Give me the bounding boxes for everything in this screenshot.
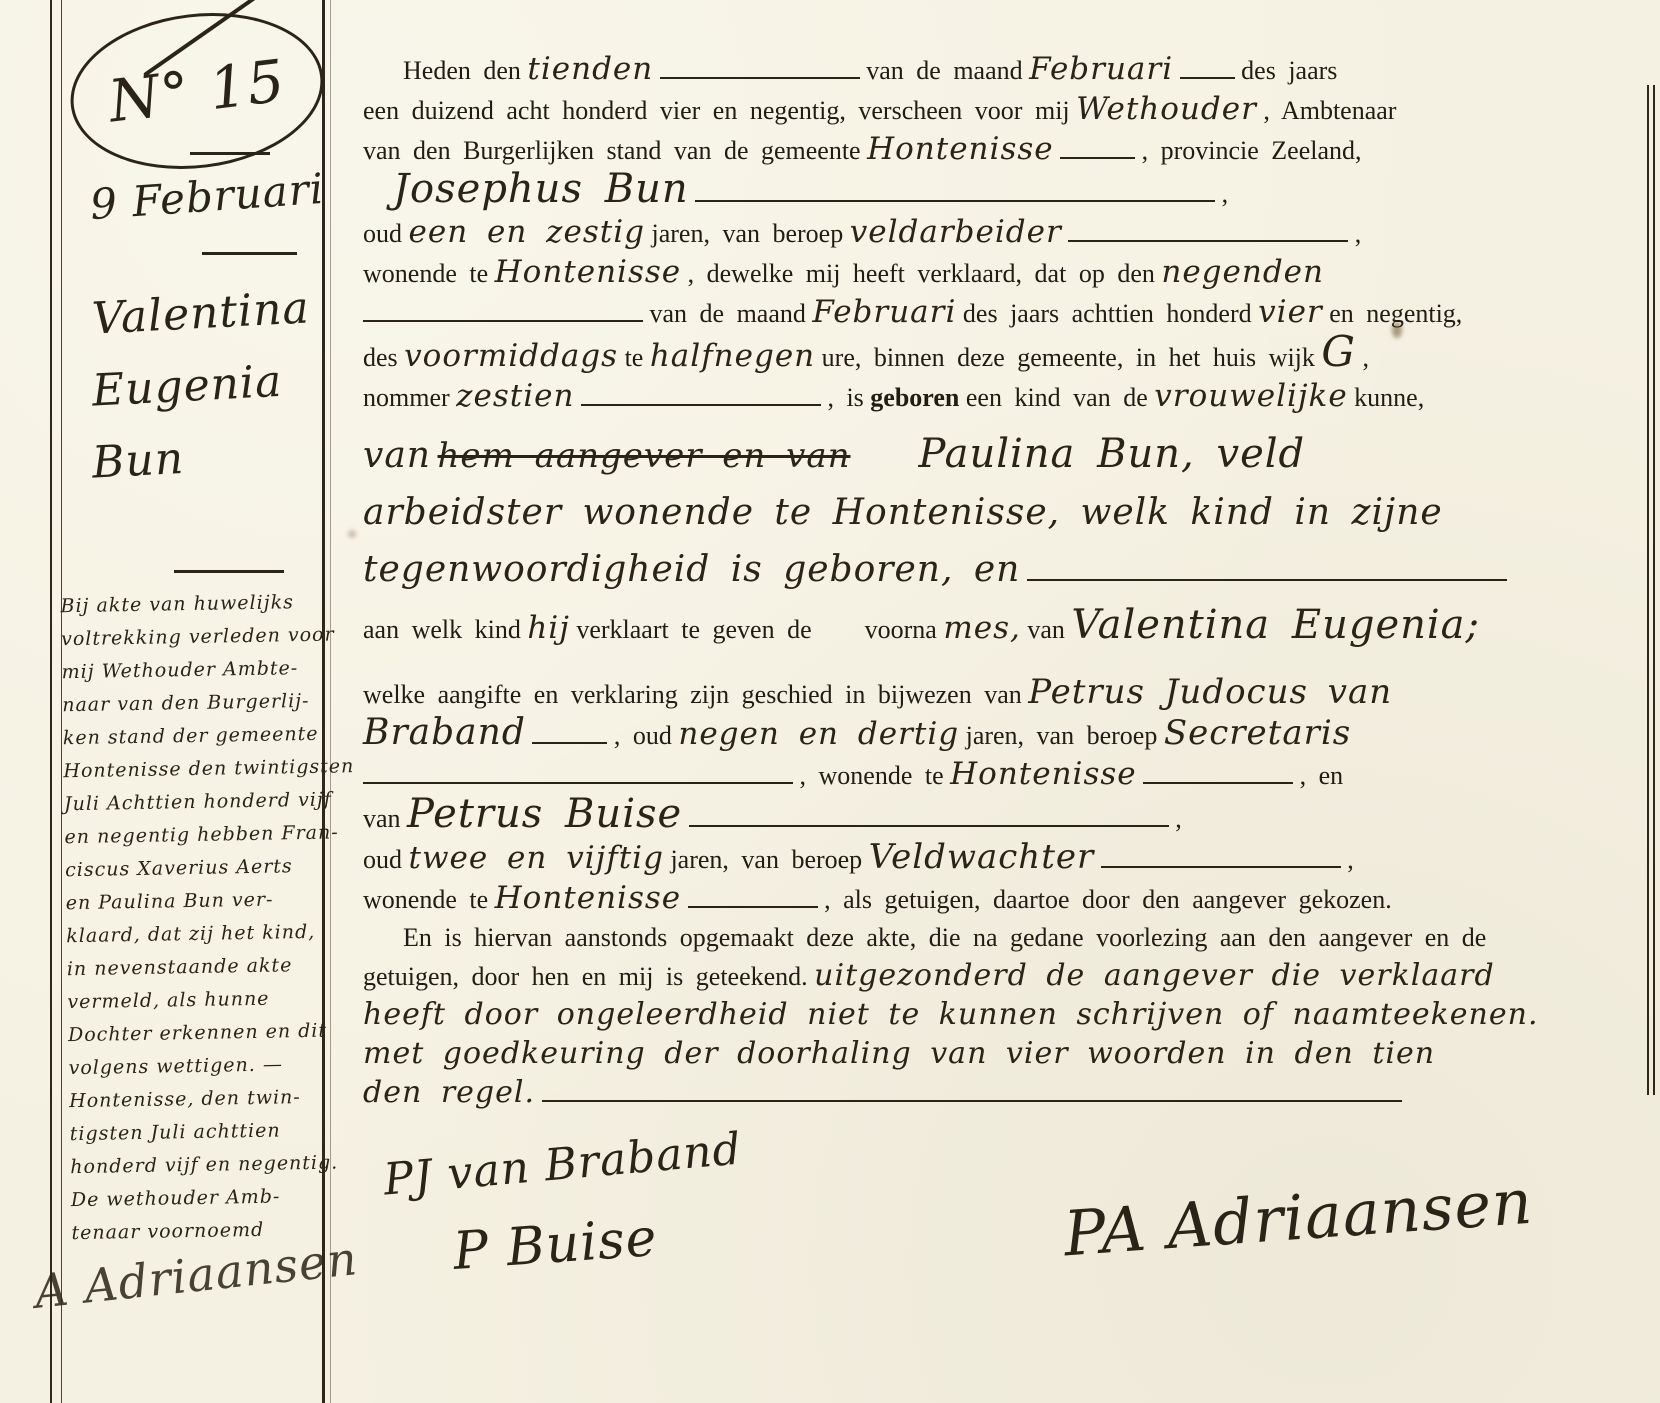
- printed-text: verklaart te geven de: [576, 615, 811, 644]
- printed-text: oud: [363, 845, 402, 874]
- handwritten-text: heeft door ongeleerdheid niet te kunnen …: [363, 997, 1538, 1032]
- handwritten-text: met goedkeuring der doorhaling van vier …: [363, 1036, 1435, 1071]
- handwritten-text: Petrus Judocus van: [1028, 672, 1392, 712]
- handwritten-text: Secretaris: [1164, 713, 1351, 753]
- printed-text: jaren, van beroep: [966, 721, 1158, 750]
- printed-text: een duizend acht honderd vier en negenti…: [363, 96, 1070, 125]
- printed-text: van de maand: [866, 56, 1022, 85]
- margin-note-line-10: en Paulina Bun ver-: [65, 883, 318, 920]
- margin-note-line-17: tigsten Juli achttien: [69, 1114, 322, 1151]
- printed-text: van den Burgerlijken stand van de gemeen…: [363, 136, 861, 165]
- blank-fill-rule: [1180, 63, 1235, 79]
- printed-text: wonende te: [363, 885, 488, 914]
- child-name-1: Valentina: [90, 272, 311, 355]
- printed-text: en negentig,: [1329, 299, 1462, 328]
- handwritten-text: tienden: [527, 51, 653, 87]
- blank-fill-rule: [695, 186, 1215, 202]
- blank-fill-rule: [1060, 143, 1135, 159]
- margin-note-line-3: mij Wethouder Ambte-: [61, 652, 314, 689]
- handwritten-text: Februari: [1029, 51, 1173, 87]
- handwritten-text: Hontenisse: [867, 131, 1054, 167]
- gap-spacer: [857, 466, 912, 467]
- printed-text: ,: [1347, 845, 1354, 874]
- printed-text: van: [1027, 615, 1065, 644]
- blank-fill-rule: [363, 768, 793, 784]
- printed-text: kunne,: [1354, 383, 1424, 412]
- printed-text: aan welk kind: [363, 615, 521, 644]
- blank-fill-rule: [688, 892, 818, 908]
- body-line-6: wonende te Hontenisse , dewelke mij heef…: [363, 253, 1634, 293]
- body-line-17: van Petrus Buise ,: [363, 795, 1634, 838]
- margin-note-line-1: Bij akte van huwelijks: [60, 586, 313, 623]
- printed-text: En is hiervan aanstonds opgemaakt deze a…: [403, 923, 1486, 952]
- handwritten-text: vier: [1258, 294, 1323, 330]
- body-line-20: En is hiervan aanstonds opgemaakt deze a…: [363, 919, 1634, 957]
- child-name-3: Bun: [90, 416, 311, 499]
- handwritten-text: Petrus Buise: [407, 791, 682, 837]
- margin-note-line-16: Hontenisse, den twin-: [69, 1081, 322, 1118]
- printed-text: , oud: [614, 721, 672, 750]
- signature-van-braband: PJ van Braband: [381, 1123, 743, 1205]
- handwritten-text: negenden: [1161, 254, 1324, 290]
- printed-text: ,: [1362, 343, 1369, 372]
- body-line-8: des voormiddags te halfnegen ure, binnen…: [363, 333, 1634, 377]
- margin-note-line-8: en negentig hebben Fran-: [64, 817, 317, 854]
- body-line-21: getuigen, door hen en mij is geteekend. …: [363, 957, 1634, 996]
- printed-text: des jaars achttien honderd: [963, 299, 1252, 328]
- body-line-3: van den Burgerlijken stand van de gemeen…: [363, 130, 1634, 170]
- body-line-24: den regel.: [363, 1074, 1634, 1113]
- margin-note-line-13: vermeld, als hunne: [67, 982, 320, 1019]
- handwritten-text: den regel.: [363, 1075, 535, 1110]
- margin-note-line-9: ciscus Xaverius Aerts: [65, 850, 318, 887]
- printed-text: , wonende te: [800, 761, 944, 790]
- handwritten-text: Hontenisse: [495, 880, 682, 916]
- printed-text: oud: [363, 219, 402, 248]
- handwritten-text: een en zestig: [409, 214, 645, 250]
- handwritten-text: twee en vijftig: [409, 840, 664, 876]
- handwritten-text: Paulina Bun, veld: [918, 431, 1305, 477]
- margin-child-names: ValentinaEugeniaBun: [92, 278, 310, 494]
- printed-text: ,: [1175, 804, 1182, 833]
- left-edge-rule: [50, 0, 62, 1403]
- margin-note-line-19: De wethouder Amb-: [71, 1180, 324, 1217]
- handwritten-text: Valentina Eugenia;: [1071, 602, 1480, 648]
- printed-text: Heden den: [403, 56, 521, 85]
- margin-note: Bij akte van huwelijksvoltrekking verled…: [60, 586, 323, 1250]
- handwritten-text: Veldwachter: [869, 837, 1095, 877]
- body-line-11: arbeidster wonende te Hontenisse, welk k…: [363, 486, 1634, 543]
- margin-note-line-18: honderd vijf en negentig.: [70, 1147, 323, 1184]
- struck-handwritten-text: hem aangever en van: [438, 436, 851, 476]
- signature-registrar: PA Adriaansen: [1062, 1165, 1537, 1289]
- printed-text: voorna: [865, 615, 937, 644]
- printed-text: ure, binnen deze gemeente, in het huis w…: [822, 343, 1315, 372]
- printed-text: te: [625, 343, 644, 372]
- margin-note-line-15: volgens wettigen. —: [68, 1048, 321, 1085]
- body-line-12: tegenwoordigheid is geboren, en: [363, 543, 1634, 600]
- birth-certificate-scan: N° 15 9 Februari ValentinaEugeniaBun Bij…: [0, 0, 1660, 1403]
- margin-note-line-12: in nevenstaande akte: [67, 949, 320, 986]
- body-line-7: van de maand Februari des jaars achttien…: [363, 293, 1634, 333]
- handwritten-text: zestien: [456, 378, 574, 414]
- printed-text: , provincie Zeeland,: [1142, 136, 1362, 165]
- blank-fill-rule: [532, 728, 607, 744]
- act-body: Heden den tienden van de maand Februari …: [333, 0, 1660, 1403]
- printed-text: , dewelke mij heeft verklaard, dat op de…: [688, 259, 1155, 288]
- body-line-15: Braband , oud negen en dertig jaren, van…: [363, 714, 1634, 755]
- handwritten-text: veldarbeider: [850, 214, 1062, 250]
- gap-spacer: [818, 637, 858, 638]
- flourish-rule: [190, 152, 270, 155]
- signature-block: PJ van Braband P Buise PA Adriaansen: [363, 1139, 1634, 1272]
- body-line-22: heeft door ongeleerdheid niet te kunnen …: [363, 996, 1634, 1035]
- printed-text-bold: geboren: [870, 383, 959, 412]
- body-line-23: met goedkeuring der doorhaling van vier …: [363, 1035, 1634, 1074]
- margin-note-line-6: Hontenisse den twintigsten: [63, 751, 316, 788]
- blank-fill-rule: [581, 390, 821, 406]
- blank-fill-rule: [363, 306, 643, 322]
- body-line-9: nommer zestien , is geboren een kind van…: [363, 377, 1634, 417]
- margin-column: N° 15 9 Februari ValentinaEugeniaBun Bij…: [62, 0, 320, 1403]
- printed-text: getuigen, door hen en mij is geteekend.: [363, 962, 808, 991]
- body-line-14: welke aangifte en verklaring zijn geschi…: [363, 673, 1634, 714]
- printed-text: , en: [1300, 761, 1344, 790]
- printed-text: ,: [1355, 219, 1362, 248]
- printed-text: wonende te: [363, 259, 488, 288]
- handwritten-text: hij: [527, 610, 570, 646]
- handwritten-text: mes,: [943, 610, 1021, 646]
- blank-fill-rule: [1027, 565, 1507, 581]
- body-line-13: aan welk kind hij verklaart te geven de …: [363, 606, 1634, 649]
- printed-text: , is: [827, 383, 863, 412]
- blank-fill-rule: [1068, 226, 1348, 242]
- margin-body-divider-2: [330, 0, 331, 1403]
- handwritten-text: Josephus Bun: [393, 166, 689, 212]
- printed-text: nommer: [363, 383, 450, 412]
- printed-text: welke aangifte en verklaring zijn geschi…: [363, 680, 1022, 709]
- margin-note-line-4: naar van den Burgerlij-: [62, 685, 315, 722]
- handwritten-text: negen en dertig: [678, 716, 959, 752]
- body-line-1: Heden den tienden van de maand Februari …: [363, 50, 1634, 90]
- printed-text: , als getuigen, daartoe door den aangeve…: [824, 885, 1392, 914]
- handwritten-text: G: [1321, 327, 1356, 376]
- handwritten-text: halfnegen: [650, 338, 815, 374]
- act-number-oval: N° 15: [62, 0, 333, 183]
- signature-buise: P Buise: [451, 1202, 744, 1282]
- printed-text: des jaars: [1241, 56, 1337, 85]
- handwritten-text: uitgezonderd de aangever die verklaard: [814, 958, 1495, 993]
- printed-text: van: [363, 804, 401, 833]
- body-line-4: Josephus Bun ,: [363, 170, 1634, 213]
- printed-text: jaren, van beroep: [670, 845, 862, 874]
- margin-note-line-5: ken stand der gemeente: [63, 718, 316, 755]
- handwritten-text: van: [363, 435, 431, 476]
- witness-signatures: PJ van Braband P Buise: [383, 1139, 742, 1272]
- act-number: N° 15: [105, 46, 289, 135]
- printed-text: van de maand: [650, 299, 806, 328]
- body-line-10: van hem aangever en van Paulina Bun, vel…: [363, 427, 1634, 486]
- date-underline: [202, 252, 297, 255]
- handwritten-text: vrouwelijke: [1154, 378, 1347, 414]
- blank-fill-rule: [1143, 768, 1293, 784]
- printed-text: , Ambtenaar: [1263, 96, 1396, 125]
- child-name-2: Eugenia: [90, 344, 311, 427]
- printed-text: een kind van de: [966, 383, 1148, 412]
- margin-note-line-2: voltrekking verleden voor: [61, 619, 314, 656]
- margin-note-line-7: Juli Achttien honderd vijf: [64, 784, 317, 821]
- handwritten-text: arbeidster wonende te Hontenisse, welk k…: [363, 492, 1443, 533]
- margin-note-line-11: klaard, dat zij het kind,: [66, 916, 319, 953]
- handwritten-text: tegenwoordigheid is geboren, en: [363, 549, 1020, 590]
- blank-fill-rule: [660, 63, 860, 79]
- handwritten-text: voormiddags: [404, 338, 618, 374]
- handwritten-text: Braband: [363, 712, 526, 753]
- body-line-16: , wonende te Hontenisse , en: [363, 755, 1634, 795]
- printed-text: des: [363, 343, 398, 372]
- margin-date: 9 Februari: [89, 164, 326, 229]
- printed-text: ,: [1222, 179, 1229, 208]
- body-line-19: wonende te Hontenisse , als getuigen, da…: [363, 879, 1634, 919]
- blank-fill-rule: [689, 811, 1169, 827]
- body-lines: Heden den tienden van de maand Februari …: [363, 50, 1634, 1113]
- printed-text: jaren, van beroep: [651, 219, 843, 248]
- body-line-18: oud twee en vijftig jaren, van beroep Ve…: [363, 838, 1634, 879]
- handwritten-text: Februari: [812, 294, 956, 330]
- body-line-2: een duizend acht honderd vier en negenti…: [363, 90, 1634, 130]
- blank-fill-rule: [542, 1086, 1402, 1102]
- handwritten-text: Hontenisse: [950, 756, 1137, 792]
- handwritten-text: Hontenisse: [495, 254, 682, 290]
- handwritten-text: Wethouder: [1076, 91, 1257, 127]
- body-line-5: oud een en zestig jaren, van beroep veld…: [363, 213, 1634, 253]
- margin-note-line-14: Dochter erkennen en dit: [68, 1015, 321, 1052]
- blank-fill-rule: [1101, 852, 1341, 868]
- note-top-rule: [174, 570, 284, 573]
